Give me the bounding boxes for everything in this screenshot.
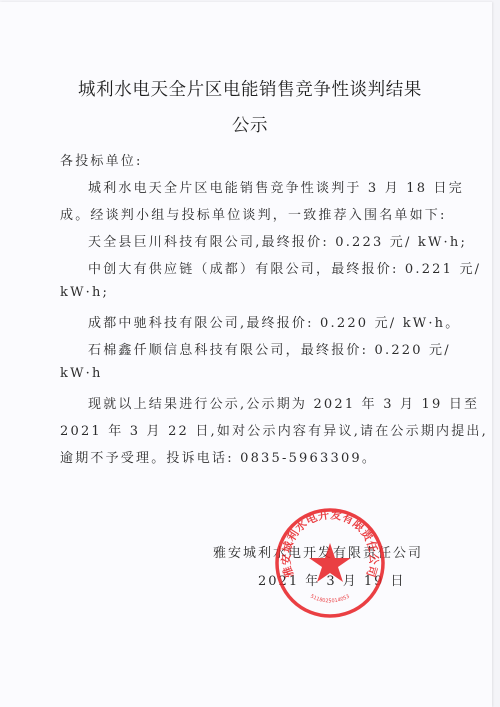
document-title-line1: 城利水电天全片区电能销售竞争性谈判结果 [0, 76, 500, 101]
paragraph2-line2: 2021 年 3 月 22 日,如对公示内容有异议,请在公示期内提出, [60, 420, 488, 439]
stamp-serial: 5118025014053 [309, 594, 351, 605]
candidate-4-line2: kW·h [60, 366, 103, 381]
candidate-1-line1: 天全县巨川科技有限公司,最终报价: 0.223 元/ kW·h; [88, 231, 467, 250]
document-page: 城利水电天全片区电能销售竞争性谈判结果 公示 各投标单位: 城利水电天全片区电能… [0, 2, 492, 707]
candidate-2-line1: 中创大有供应链（成都）有限公司，最终报价: 0.221 元/ [88, 258, 481, 277]
salutation: 各投标单位: [60, 150, 143, 169]
candidate-2-line2: kW·h; [60, 285, 109, 300]
paragraph1-line2: 成。经谈判小组与投标单位谈判，一致推荐入围名单如下: [60, 204, 447, 223]
candidate-3-line1: 成都中驰科技有限公司,最终报价: 0.220 元/ kW·h。 [88, 312, 460, 331]
paragraph2-line3: 逾期不予受理。投诉电话: 0835-5963309。 [60, 447, 377, 466]
paragraph1-line1: 城利水电天全片区电能销售竞争性谈判于 3 月 18 日完 [88, 177, 464, 196]
document-title-line2: 公示 [0, 112, 500, 137]
company-seal-stamp-icon: 雅安城利水电开发有限责任公司 5118025014053 [274, 507, 386, 619]
svg-text:5118025014053: 5118025014053 [309, 594, 351, 605]
paragraph2-line1: 现就以上结果进行公示,公示期为 2021 年 3 月 19 日至 [88, 393, 479, 412]
candidate-4-line1: 石棉鑫仟顺信息科技有限公司，最终报价: 0.220 元/ [88, 339, 451, 358]
